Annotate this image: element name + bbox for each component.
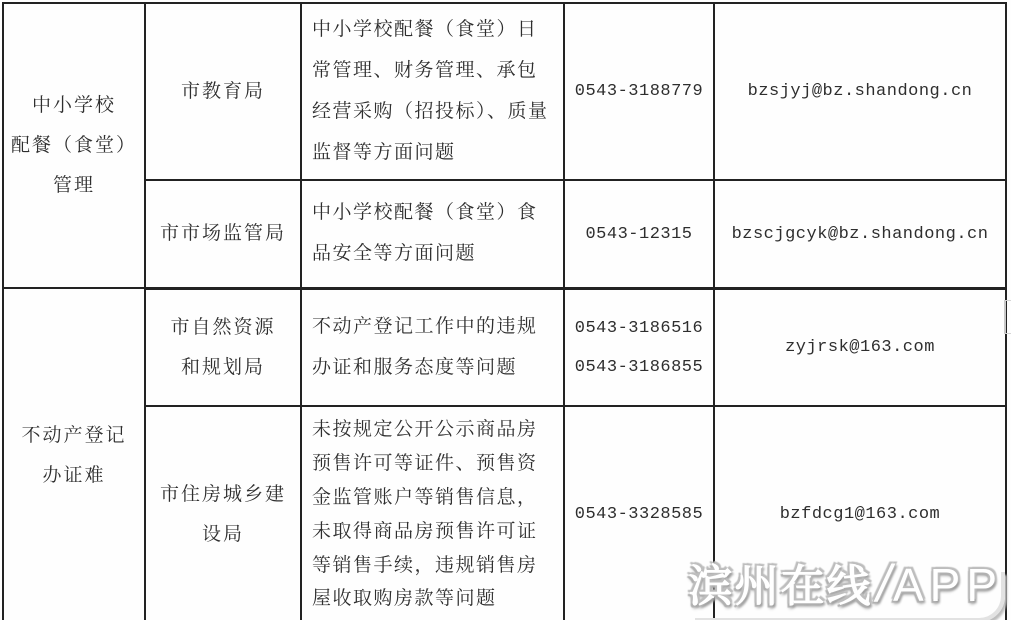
department-line: 市自然资源	[147, 308, 299, 348]
email-cell: bzsjyj@bz.shandong.cn	[714, 3, 1006, 180]
email-address: bzsjyj@bz.shandong.cn	[748, 82, 973, 101]
scanned-table-page: 中小学校 配餐（食堂） 管理 市教育局 中小学校配餐（食堂）日常管理、财务管理、…	[0, 0, 1011, 620]
department-cell-market-regulation-bureau: 市市场监管局	[145, 180, 301, 288]
watermark-app-text: APP	[893, 559, 1003, 611]
phone-number: 0543-3186855	[566, 348, 712, 387]
issue-description-cell: 不动产登记工作中的违规办证和服务态度等问题	[301, 288, 564, 406]
table-row: 市市场监管局 中小学校配餐（食堂）食品安全等方面问题 0543-12315 bz…	[3, 180, 1006, 288]
department-cell-housing-urban-rural-bureau: 市住房城乡建 设局	[145, 406, 301, 620]
phone-cell: 0543-12315	[564, 180, 714, 288]
category-line: 中小学校	[5, 86, 143, 126]
issue-text: 不动产登记工作中的违规办证和服务态度等问题	[312, 316, 538, 378]
issue-text: 中小学校配餐（食堂）日常管理、财务管理、承包经营采购（招投标）、质量监督等方面问…	[312, 19, 549, 163]
department-cell-education-bureau: 市教育局	[145, 3, 301, 180]
category-line: 不动产登记	[5, 416, 143, 456]
category-cell-school-catering: 中小学校 配餐（食堂） 管理	[3, 3, 145, 288]
table-row: 中小学校 配餐（食堂） 管理 市教育局 中小学校配餐（食堂）日常管理、财务管理、…	[3, 3, 1006, 180]
department-line: 和规划局	[147, 348, 299, 388]
phone-number: 0543-12315	[566, 215, 712, 254]
email-address: bzfdcg1@163.com	[780, 505, 941, 524]
binzhou-online-app-watermark: 滨州在线/APP	[689, 550, 1004, 614]
email-cell: zyjrsk@163.com	[714, 288, 1006, 406]
category-cell-real-estate-registration: 不动产登记 办证难	[3, 288, 145, 620]
issue-description-cell: 中小学校配餐（食堂）日常管理、财务管理、承包经营采购（招投标）、质量监督等方面问…	[301, 3, 564, 180]
department-line: 市住房城乡建	[147, 475, 299, 515]
issue-text: 中小学校配餐（食堂）食品安全等方面问题	[312, 202, 538, 264]
department-line: 设局	[147, 515, 299, 555]
complaint-hotline-table: 中小学校 配餐（食堂） 管理 市教育局 中小学校配餐（食堂）日常管理、财务管理、…	[2, 2, 1007, 620]
category-line: 管理	[5, 166, 143, 206]
issue-description-cell: 中小学校配餐（食堂）食品安全等方面问题	[301, 180, 564, 288]
email-cell: bzscjgcyk@bz.shandong.cn	[714, 180, 1006, 288]
email-address: bzscjgcyk@bz.shandong.cn	[732, 225, 989, 244]
department-line: 市教育局	[147, 72, 299, 112]
phone-number: 0543-3186516	[566, 309, 712, 348]
phone-cell: 0543-3188779	[564, 3, 714, 180]
department-cell-natural-resources-bureau: 市自然资源 和规划局	[145, 288, 301, 406]
issue-text: 未按规定公开公示商品房预售许可等证件、预售资金监管账户等销售信息，未取得商品房预…	[312, 419, 538, 609]
watermark-slash: /	[877, 555, 891, 613]
department-line: 市市场监管局	[147, 214, 299, 254]
phone-number: 0543-3328585	[566, 495, 712, 534]
category-line: 办证难	[5, 456, 143, 496]
email-address: zyjrsk@163.com	[785, 338, 935, 357]
issue-description-cell: 未按规定公开公示商品房预售许可等证件、预售资金监管账户等销售信息，未取得商品房预…	[301, 406, 564, 620]
scan-artifact	[1004, 300, 1011, 334]
phone-cell: 0543-3186516 0543-3186855	[564, 288, 714, 406]
table-row: 不动产登记 办证难 市自然资源 和规划局 不动产登记工作中的违规办证和服务态度等…	[3, 288, 1006, 406]
phone-number: 0543-3188779	[566, 72, 712, 111]
watermark-chinese-text: 滨州在线	[689, 562, 873, 611]
category-line: 配餐（食堂）	[5, 126, 143, 166]
